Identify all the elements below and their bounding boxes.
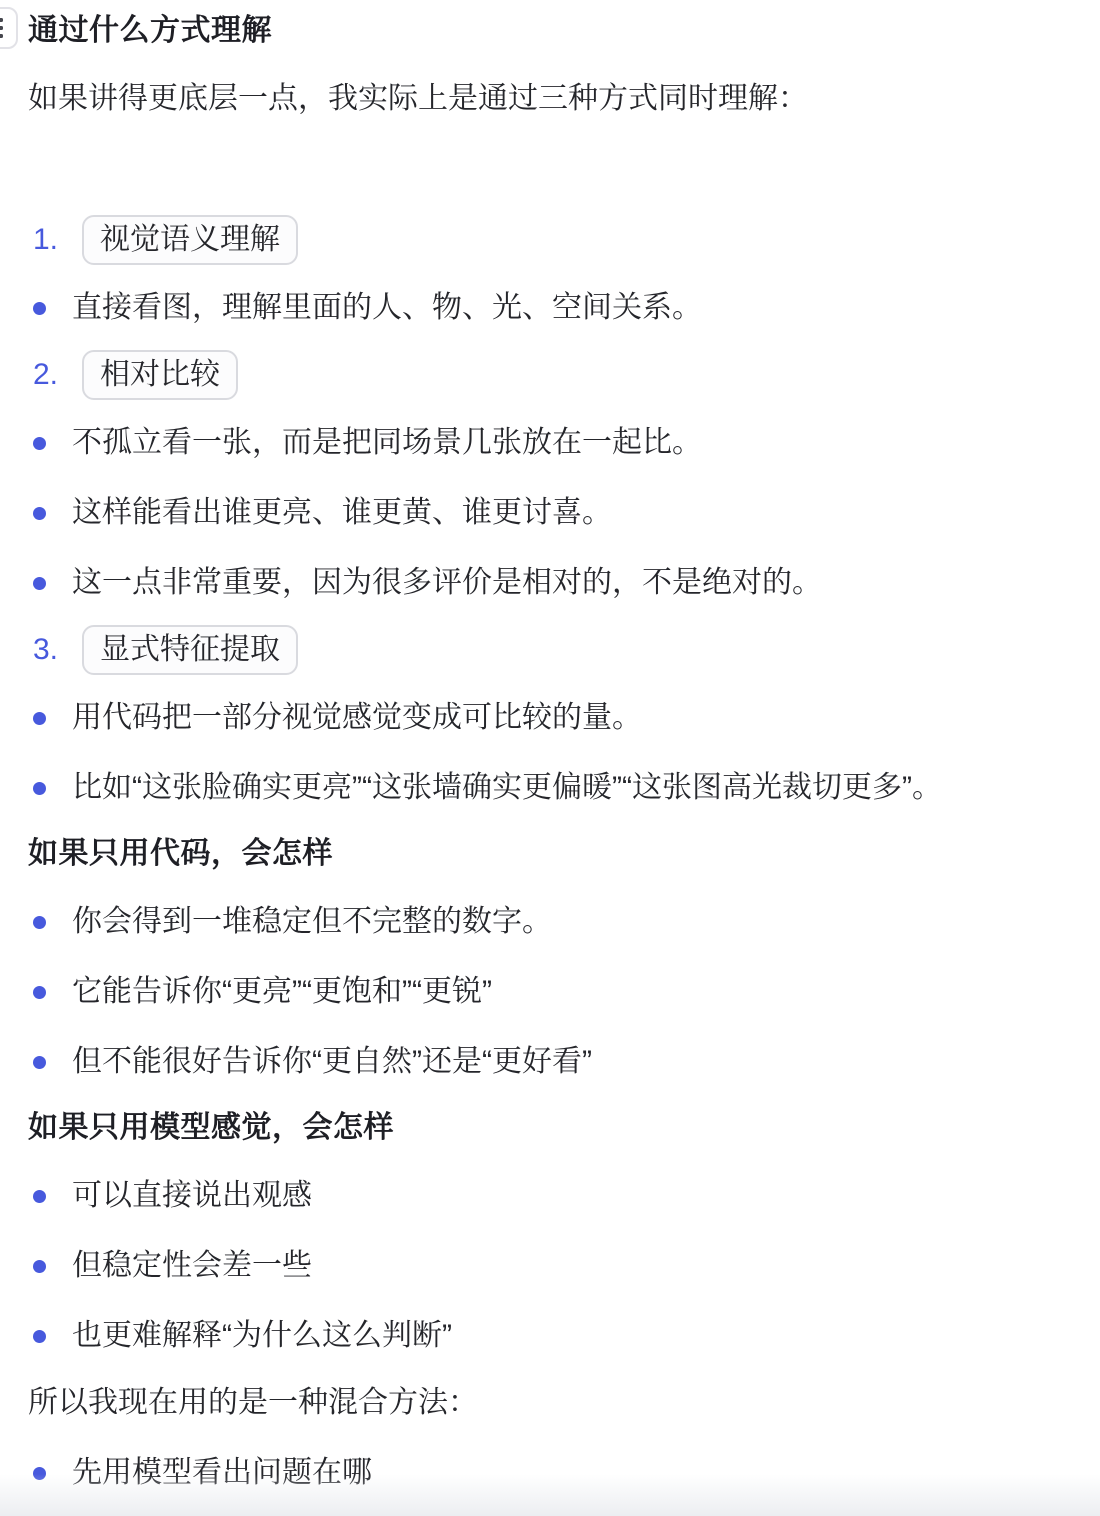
bullet-item: 但稳定性会差一些	[28, 1246, 1072, 1286]
bullet-text: 你会得到一堆稳定但不完整的数字。	[72, 905, 552, 938]
bullet-dot-icon	[33, 1056, 46, 1069]
numbered-item-3: 3. 显式特征提取	[28, 625, 1072, 675]
numbered-item-1: 1. 视觉语义理解	[28, 215, 1072, 265]
bullet-dot-icon	[33, 507, 46, 520]
numbered-label-tag: 相对比较	[82, 350, 238, 400]
numbered-item-2: 2. 相对比较	[28, 350, 1072, 400]
bullet-text: 但稳定性会差一些	[72, 1249, 312, 1282]
bullet-dot-icon	[33, 916, 46, 929]
bullet-item: 比如“这张脸确实更亮”“这张墙确实更偏暖”“这张图高光裁切更多”。	[28, 768, 1072, 808]
bullet-item: 这一点非常重要，因为很多评价是相对的，不是绝对的。	[28, 563, 1072, 603]
closing-paragraph: 所以我现在用的是一种混合方法：	[28, 1383, 1072, 1423]
bullet-item: 不孤立看一张，而是把同场景几张放在一起比。	[28, 423, 1072, 463]
numbered-marker: 3.	[28, 630, 82, 670]
bullet-text: 比如“这张脸确实更亮”“这张墙确实更偏暖”“这张图高光裁切更多”。	[72, 771, 942, 804]
bullet-dot-icon	[33, 577, 46, 590]
intro-paragraph: 如果讲得更底层一点，我实际上是通过三种方式同时理解：	[28, 79, 1072, 119]
bullet-text: 不孤立看一张，而是把同场景几张放在一起比。	[72, 426, 702, 459]
bullet-item: 也更难解释“为什么这么判断”	[28, 1316, 1072, 1356]
bullet-item: 直接看图，理解里面的人、物、光、空间关系。	[28, 288, 1072, 328]
document-body: 通过什么方式理解 如果讲得更底层一点，我实际上是通过三种方式同时理解： 1. 视…	[0, 11, 1100, 1493]
bullet-text: 但不能很好告诉你“更自然”还是“更好看”	[72, 1045, 592, 1078]
numbered-label-tag: 显式特征提取	[82, 625, 298, 675]
bullet-item: 这样能看出谁更亮、谁更黄、谁更讨喜。	[28, 493, 1072, 533]
bullet-item: 但不能很好告诉你“更自然”还是“更好看”	[28, 1042, 1072, 1082]
block-drag-handle[interactable]	[0, 7, 18, 49]
bullet-dot-icon	[33, 986, 46, 999]
bullet-item: 先用模型看出问题在哪	[28, 1453, 1072, 1493]
bullet-dot-icon	[33, 302, 46, 315]
bullet-dot-icon	[33, 437, 46, 450]
bullet-text: 这样能看出谁更亮、谁更黄、谁更讨喜。	[72, 496, 612, 529]
section-heading: 通过什么方式理解	[28, 11, 1072, 51]
bullet-item: 它能告诉你“更亮”“更饱和”“更锐”	[28, 972, 1072, 1012]
bullet-text: 可以直接说出观感	[72, 1179, 312, 1212]
bullet-dot-icon	[33, 1330, 46, 1343]
bullet-item: 可以直接说出观感	[28, 1176, 1072, 1216]
bullet-text: 先用模型看出问题在哪	[72, 1456, 372, 1489]
bullet-text: 这一点非常重要，因为很多评价是相对的，不是绝对的。	[72, 566, 822, 599]
bullet-dot-icon	[33, 712, 46, 725]
section-heading: 如果只用代码，会怎样	[28, 834, 1072, 874]
bullet-item: 用代码把一部分视觉感觉变成可比较的量。	[28, 698, 1072, 738]
bullet-text: 直接看图，理解里面的人、物、光、空间关系。	[72, 291, 702, 324]
bullet-text: 用代码把一部分视觉感觉变成可比较的量。	[72, 701, 642, 734]
bullet-text: 它能告诉你“更亮”“更饱和”“更锐”	[72, 975, 492, 1008]
bullet-dot-icon	[33, 782, 46, 795]
section-heading: 如果只用模型感觉，会怎样	[28, 1108, 1072, 1148]
bullet-item: 你会得到一堆稳定但不完整的数字。	[28, 902, 1072, 942]
bullet-dot-icon	[33, 1190, 46, 1203]
bullet-dot-icon	[33, 1260, 46, 1273]
numbered-label-tag: 视觉语义理解	[82, 215, 298, 265]
bullet-text: 也更难解释“为什么这么判断”	[72, 1319, 452, 1352]
bullet-dot-icon	[33, 1467, 46, 1480]
numbered-marker: 1.	[28, 220, 82, 260]
numbered-marker: 2.	[28, 355, 82, 395]
